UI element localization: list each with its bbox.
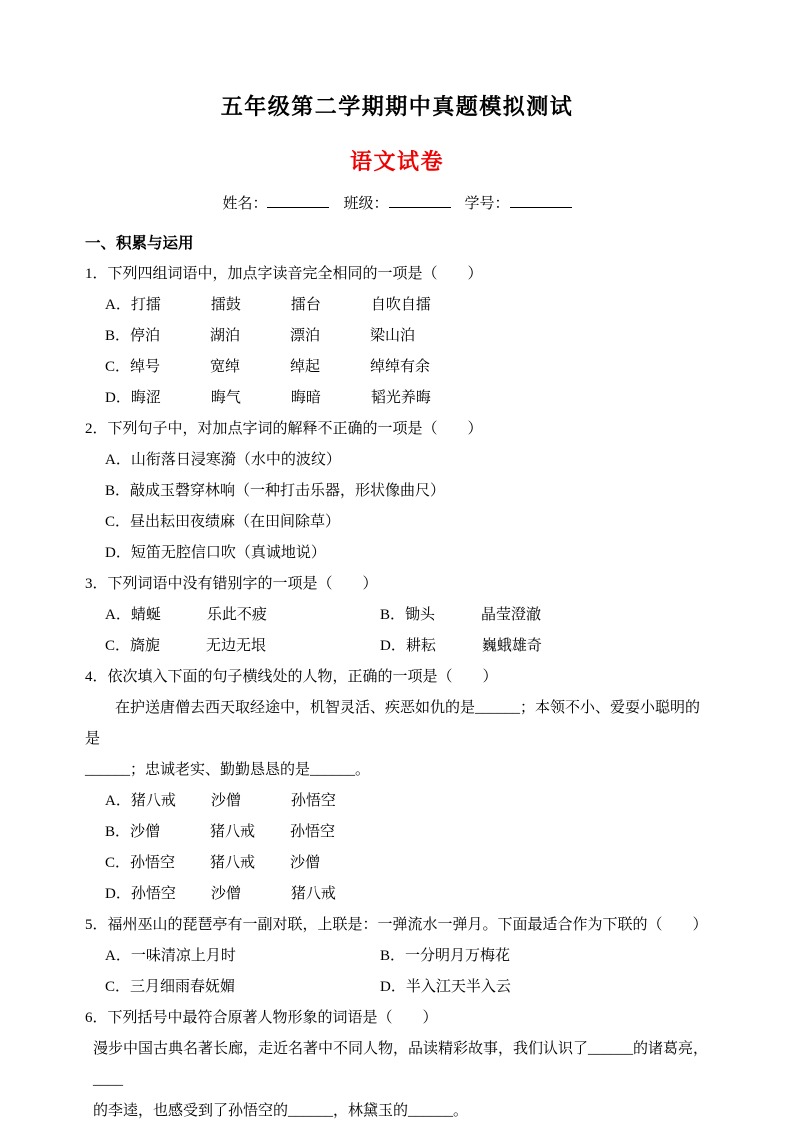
option-word: 沙僧 <box>290 848 320 879</box>
option-label: A． <box>105 290 131 321</box>
option-label: A． <box>105 600 131 631</box>
question-4-option-c: C．孙悟空猪八戒沙僧 <box>105 848 714 879</box>
student-info-row: 姓名：班级：学号： <box>0 192 794 213</box>
option-label: D． <box>105 538 131 569</box>
question-4-stem: 4．依次填入下面的句子横线处的人物，正确的一项是（ ） <box>85 662 714 693</box>
question-3-option-a: A．蜻蜒乐此不疲 <box>105 600 380 631</box>
option-word: 猪八戒 <box>210 848 290 879</box>
section-heading: 一、积累与运用 <box>85 228 794 259</box>
question-5-option-c: C．三月细雨春妩媚 <box>105 972 380 1003</box>
option-label: D． <box>380 972 406 1003</box>
question-5-stem: 5．福州巫山的琵琶亭有一副对联，上联是：一弹流水一弹月。下面最适合作为下联的（ … <box>85 910 714 941</box>
option-word: 擂台 <box>291 290 371 321</box>
question-4: 4．依次填入下面的句子横线处的人物，正确的一项是（ ） 在护送唐僧去西天取经途中… <box>85 662 714 910</box>
question-1-option-c: C．绰号宽绰绰起绰绰有余 <box>105 352 714 383</box>
option-text: 三月细雨春妩媚 <box>130 979 235 995</box>
question-3: 3．下列词语中没有错别字的一项是（ ） A．蜻蜒乐此不疲 B．锄头晶莹澄澈 C．… <box>85 569 714 662</box>
option-word: 停泊 <box>130 321 210 352</box>
option-word: 晦涩 <box>131 383 211 414</box>
question-1-stem: 1．下列四组词语中，加点字读音完全相同的一项是（ ） <box>85 259 714 290</box>
option-label: B． <box>380 941 405 972</box>
option-label: B． <box>105 476 130 507</box>
option-word: 晶莹澄澈 <box>481 607 541 623</box>
option-text: 半入江天半入云 <box>406 979 511 995</box>
question-4-option-d: D．孙悟空沙僧猪八戒 <box>105 879 714 910</box>
option-word: 沙僧 <box>130 817 210 848</box>
option-text: 山衔落日浸寒漪（水中的波纹） <box>131 452 341 468</box>
question-2: 2．下列句子中，对加点字词的解释不正确的一项是（ ） A．山衔落日浸寒漪（水中的… <box>85 414 714 569</box>
question-3-stem: 3．下列词语中没有错别字的一项是（ ） <box>85 569 714 600</box>
question-6: 6．下列括号中最符合原著人物形象的词语是（ ） 漫步中国古典名著长廊，走近名著中… <box>85 1003 714 1123</box>
question-5-option-d: D．半入江天半入云 <box>380 972 714 1003</box>
option-label: C． <box>105 352 130 383</box>
question-6-passage: 漫步中国古典名著长廊，走近名著中不同人物，品读精彩故事，我们认识了______的… <box>93 1034 714 1123</box>
question-6-stem: 6．下列括号中最符合原著人物形象的词语是（ ） <box>85 1003 714 1034</box>
option-label: A． <box>105 445 131 476</box>
option-word: 晦气 <box>211 383 291 414</box>
name-label: 姓名： <box>222 196 267 212</box>
question-3-option-d: D．耕耘巍蛾雄奇 <box>380 631 714 662</box>
option-word: 孙悟空 <box>290 817 335 848</box>
option-word: 擂鼓 <box>211 290 291 321</box>
option-label: C． <box>105 972 130 1003</box>
question-5-option-b: B．一分明月万梅花 <box>380 941 714 972</box>
question-2-option-d: D．短笛无腔信口吹（真诚地说） <box>105 538 714 569</box>
class-blank <box>389 192 451 208</box>
option-word: 晦暗 <box>291 383 371 414</box>
option-word: 孙悟空 <box>131 879 211 910</box>
option-word: 耕耘 <box>406 631 468 662</box>
option-word: 巍蛾雄奇 <box>482 638 542 654</box>
option-word: 猪八戒 <box>291 879 336 910</box>
option-text: 敲成玉磬穿林响（一种打击乐器，形状像曲尺） <box>130 483 445 499</box>
question-4-passage-line-1: 在护送唐僧去西天取经途中，机智灵活、疾恶如仇的是______；本领不小、爱耍小聪… <box>85 693 714 755</box>
option-word: 无边无垠 <box>206 638 266 654</box>
option-label: C． <box>105 507 130 538</box>
option-label: B． <box>380 600 405 631</box>
question-2-option-a: A．山衔落日浸寒漪（水中的波纹） <box>105 445 714 476</box>
question-1-option-d: D．晦涩晦气晦暗韬光养晦 <box>105 383 714 414</box>
option-word: 沙僧 <box>211 879 291 910</box>
number-label: 学号： <box>465 196 510 212</box>
question-6-passage-line-1: 漫步中国古典名著长廊，走近名著中不同人物，品读精彩故事，我们认识了______的… <box>93 1034 714 1096</box>
number-blank <box>510 192 572 208</box>
option-word: 孙悟空 <box>130 848 210 879</box>
question-1-option-b: B．停泊湖泊漂泊梁山泊 <box>105 321 714 352</box>
option-word: 韬光养晦 <box>371 383 431 414</box>
option-word: 孙悟空 <box>291 786 336 817</box>
option-word: 旖旎 <box>130 631 192 662</box>
option-word: 梁山泊 <box>370 321 415 352</box>
question-3-option-c: C．旖旎无边无垠 <box>105 631 380 662</box>
option-word: 乐此不疲 <box>207 607 267 623</box>
option-label: D． <box>105 383 131 414</box>
question-2-option-b: B．敲成玉磬穿林响（一种打击乐器，形状像曲尺） <box>105 476 714 507</box>
option-word: 漂泊 <box>290 321 370 352</box>
option-label: B． <box>105 321 130 352</box>
question-3-option-b: B．锄头晶莹澄澈 <box>380 600 714 631</box>
question-4-passage-line-2: ______；忠诚老实、勤勤恳恳的是______。 <box>85 755 714 786</box>
question-1-option-a: A．打擂擂鼓擂台自吹自擂 <box>105 290 714 321</box>
option-word: 绰绰有余 <box>370 352 430 383</box>
option-label: C． <box>105 631 130 662</box>
option-text: 短笛无腔信口吹（真诚地说） <box>131 545 326 561</box>
option-word: 蜻蜒 <box>131 600 193 631</box>
option-word: 宽绰 <box>210 352 290 383</box>
option-word: 自吹自擂 <box>371 290 431 321</box>
option-label: C． <box>105 848 130 879</box>
name-blank <box>267 192 329 208</box>
option-text: 一味清凉上月时 <box>131 948 236 964</box>
option-word: 打擂 <box>131 290 211 321</box>
question-2-option-c: C．昼出耘田夜绩麻（在田间除草） <box>105 507 714 538</box>
option-text: 昼出耘田夜绩麻（在田间除草） <box>130 514 340 530</box>
option-word: 绰起 <box>290 352 370 383</box>
question-1: 1．下列四组词语中，加点字读音完全相同的一项是（ ） A．打擂擂鼓擂台自吹自擂 … <box>85 259 714 414</box>
question-4-option-b: B．沙僧猪八戒孙悟空 <box>105 817 714 848</box>
question-3-options: A．蜻蜒乐此不疲 B．锄头晶莹澄澈 C．旖旎无边无垠 D．耕耘巍蛾雄奇 <box>105 600 714 662</box>
option-word: 锄头 <box>405 600 467 631</box>
option-label: A． <box>105 941 131 972</box>
option-word: 沙僧 <box>211 786 291 817</box>
option-label: B． <box>105 817 130 848</box>
question-6-passage-line-2: 的李逵，也感受到了孙悟空的______，林黛玉的______。 <box>93 1096 714 1123</box>
option-word: 猪八戒 <box>210 817 290 848</box>
option-label: A． <box>105 786 131 817</box>
question-5-options: A．一味清凉上月时 B．一分明月万梅花 C．三月细雨春妩媚 D．半入江天半入云 <box>105 941 714 1003</box>
option-word: 绰号 <box>130 352 210 383</box>
option-word: 湖泊 <box>210 321 290 352</box>
option-label: D． <box>380 631 406 662</box>
question-5-option-a: A．一味清凉上月时 <box>105 941 380 972</box>
page-subtitle: 语文试卷 <box>0 145 794 176</box>
option-text: 一分明月万梅花 <box>405 948 510 964</box>
option-label: D． <box>105 879 131 910</box>
class-label: 班级： <box>343 196 388 212</box>
exam-paper-page: 五年级第二学期期中真题模拟测试 语文试卷 姓名：班级：学号： 一、积累与运用 1… <box>0 0 794 1123</box>
question-5: 5．福州巫山的琵琶亭有一副对联，上联是：一弹流水一弹月。下面最适合作为下联的（ … <box>85 910 714 1003</box>
page-title: 五年级第二学期期中真题模拟测试 <box>0 0 794 121</box>
question-2-stem: 2．下列句子中，对加点字词的解释不正确的一项是（ ） <box>85 414 714 445</box>
question-4-option-a: A．猪八戒沙僧孙悟空 <box>105 786 714 817</box>
option-word: 猪八戒 <box>131 786 211 817</box>
